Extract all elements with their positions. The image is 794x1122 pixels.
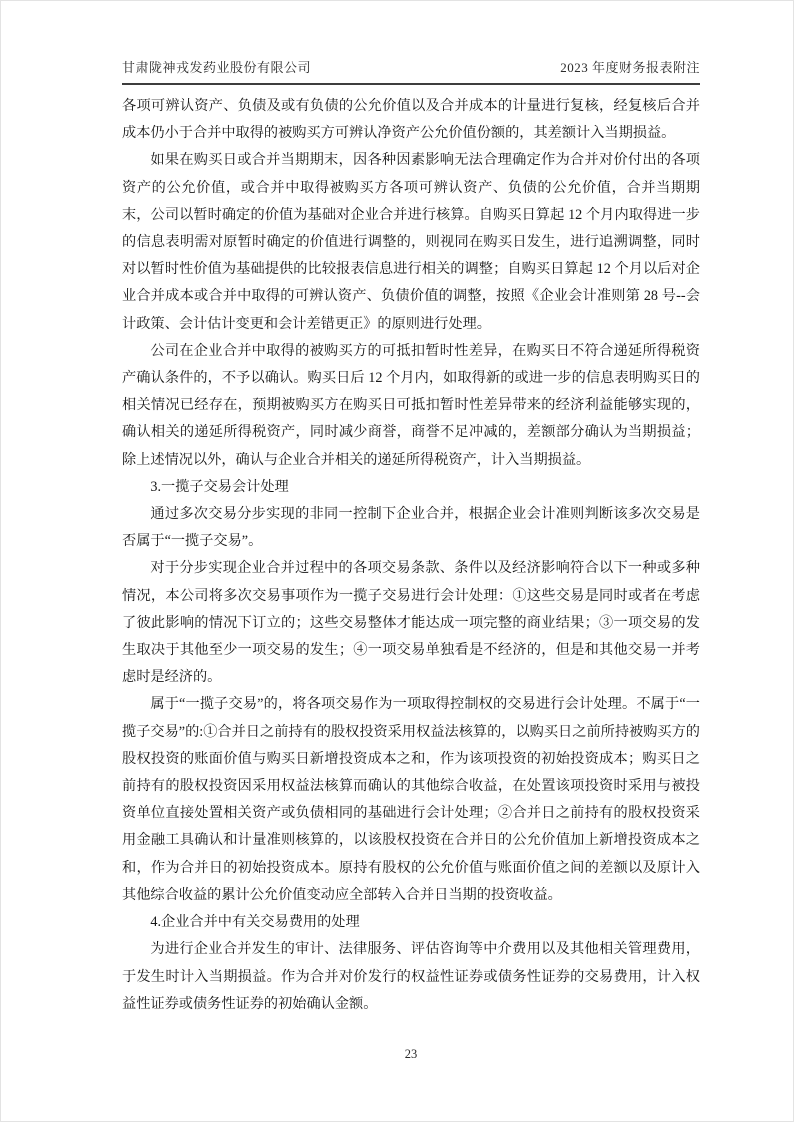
paragraph: 对于分步实现企业合并过程中的各项交易条款、条件以及经济影响符合以下一种或多种情况… bbox=[122, 555, 700, 691]
paragraph: 属于“一揽子交易”的，将各项交易作为一项取得控制权的交易进行会计处理。不属于“一… bbox=[122, 691, 700, 909]
page-footer: 23 bbox=[122, 1047, 700, 1062]
paragraph: 通过多次交易分步实现的非同一控制下企业合并，根据企业会计准则判断该多次交易是否属… bbox=[122, 501, 700, 555]
document-body: 各项可辨认资产、负债及或有负债的公允价值以及合并成本的计量进行复核，经复核后合并… bbox=[122, 93, 700, 1018]
header-doc-title: 2023 年度财务报表附注 bbox=[560, 57, 700, 76]
paragraph: 3.一揽子交易会计处理 bbox=[122, 474, 700, 501]
page-number: 23 bbox=[405, 1047, 418, 1061]
paragraph: 为进行企业合并发生的审计、法律服务、评估咨询等中介费用以及其他相关管理费用，于发… bbox=[122, 936, 700, 1018]
page: 甘肃陇神戎发药业股份有限公司 2023 年度财务报表附注 各项可辨认资产、负债及… bbox=[0, 0, 794, 1122]
paragraph: 公司在企业合并中取得的被购买方的可抵扣暂时性差异，在购买日不符合递延所得税资产确… bbox=[122, 338, 700, 474]
paragraph: 如果在购买日或合并当期期末，因各种因素影响无法合理确定作为合并对价付出的各项资产… bbox=[122, 147, 700, 337]
paragraph: 4.企业合并中有关交易费用的处理 bbox=[122, 909, 700, 936]
paragraph: 各项可辨认资产、负债及或有负债的公允价值以及合并成本的计量进行复核，经复核后合并… bbox=[122, 93, 700, 147]
page-header: 甘肃陇神戎发药业股份有限公司 2023 年度财务报表附注 bbox=[122, 57, 700, 85]
header-company-name: 甘肃陇神戎发药业股份有限公司 bbox=[122, 57, 311, 76]
